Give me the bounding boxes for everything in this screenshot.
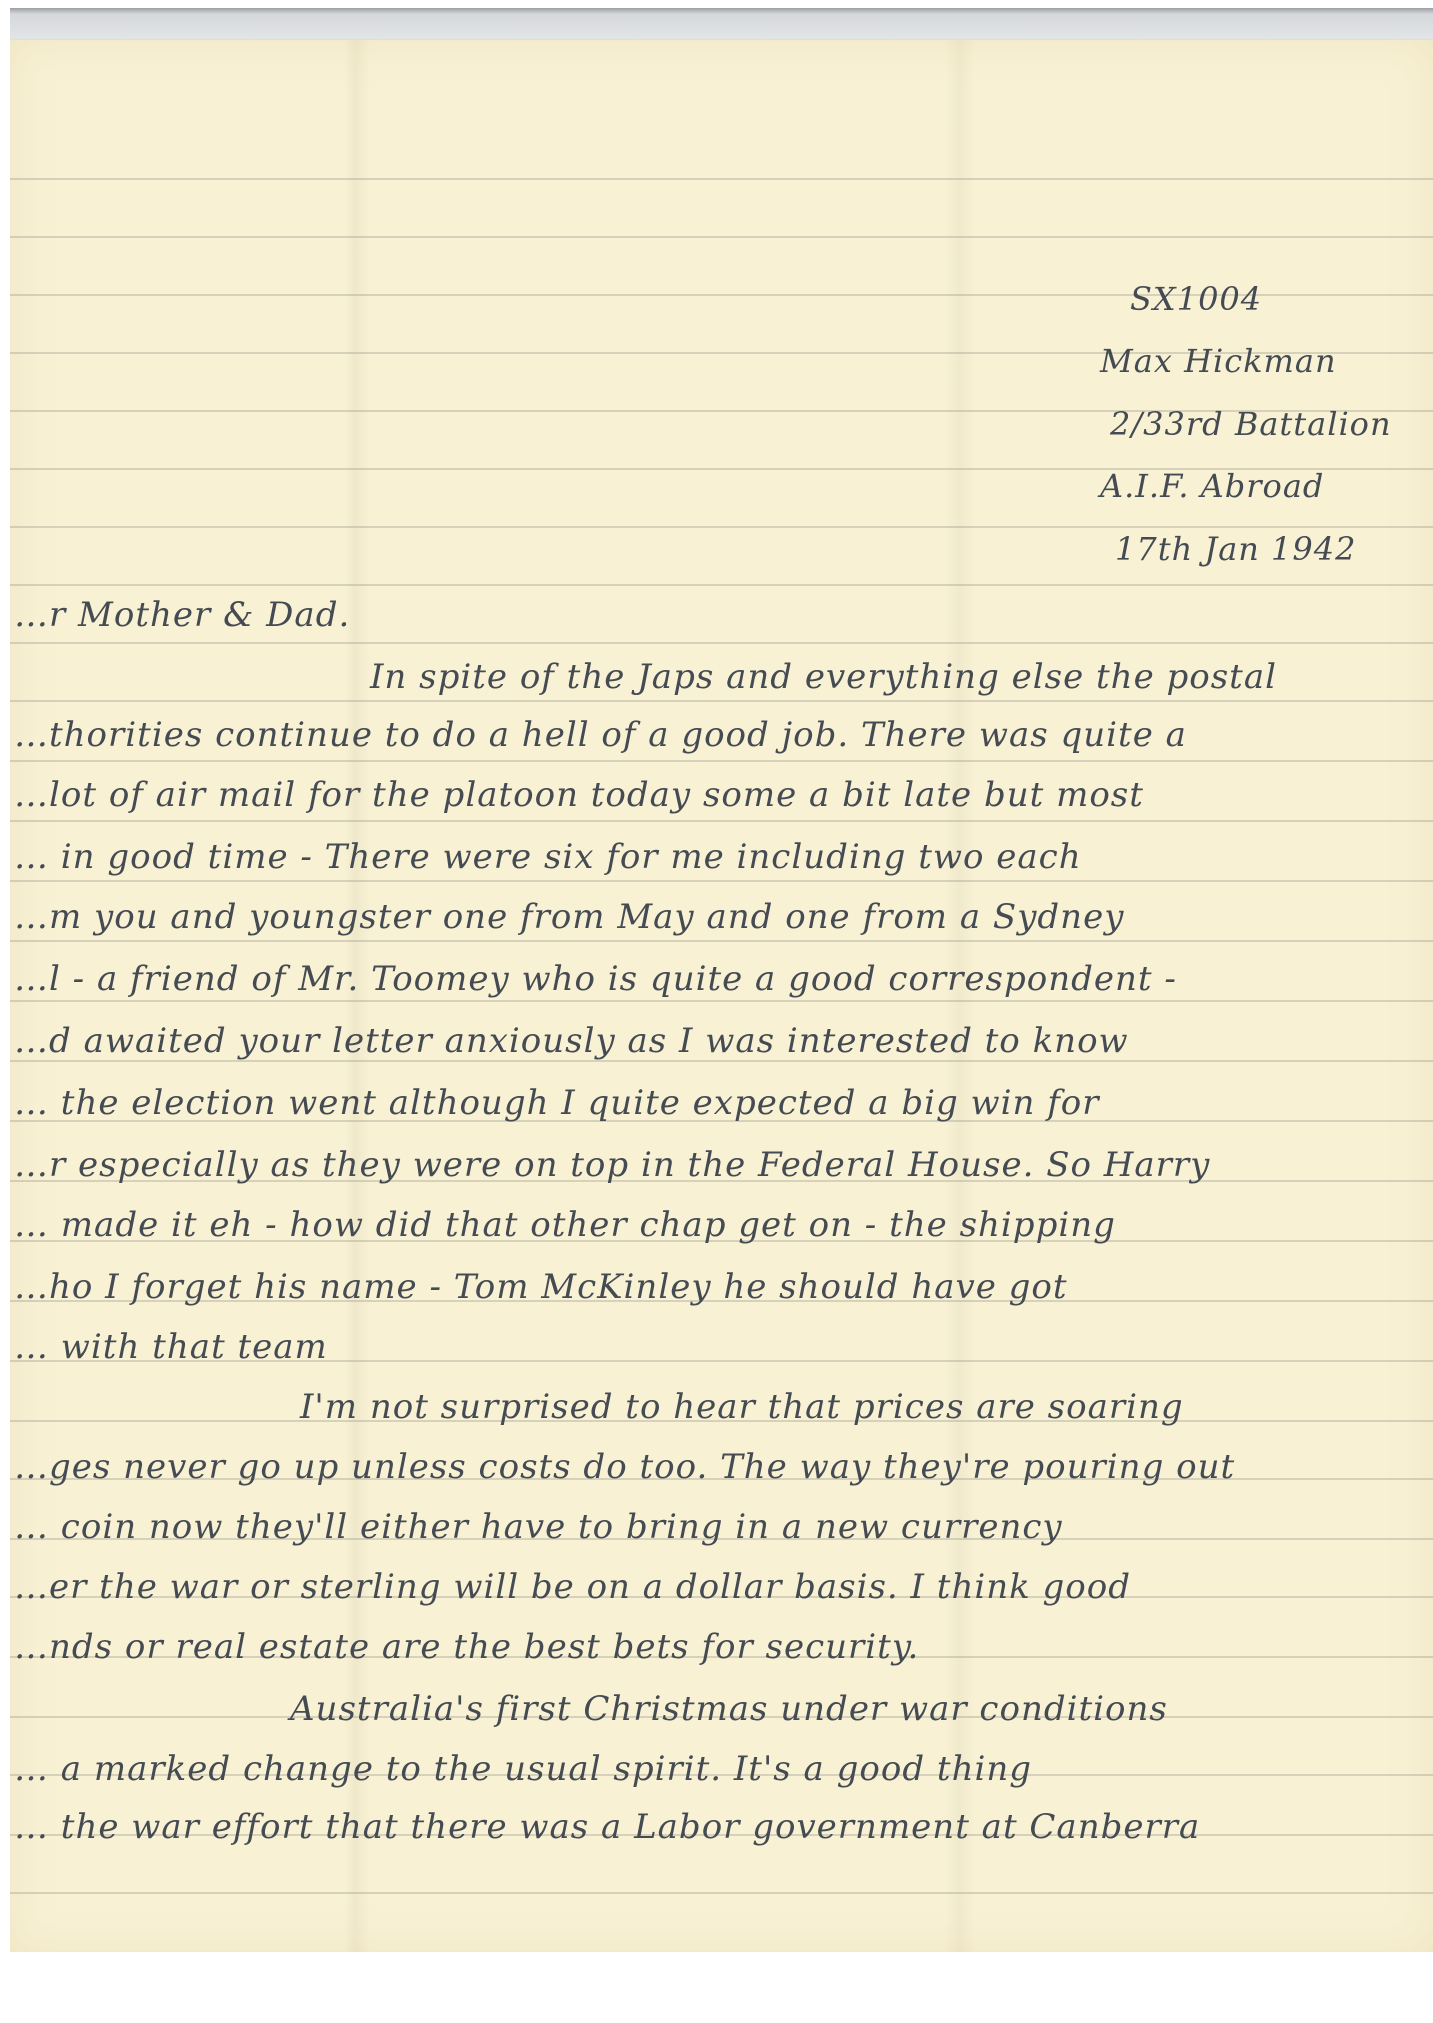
letter-line: Australia's first Christmas under war co… (290, 1692, 1168, 1726)
scanner-edge-strip (10, 8, 1433, 44)
ruled-line (10, 760, 1433, 762)
letter-line: …m you and youngster one from May and on… (14, 900, 1124, 934)
ruled-line (10, 940, 1433, 942)
ruled-line (10, 642, 1433, 644)
letter-line: …d awaited your letter anxiously as I wa… (14, 1024, 1129, 1058)
letter-line: … the election went although I quite exp… (14, 1086, 1100, 1120)
salutation: …r Mother & Dad. (14, 598, 350, 632)
letter-line: … the war effort that there was a Labor … (14, 1810, 1200, 1844)
ruled-line (10, 1000, 1433, 1002)
ruled-line (10, 526, 1433, 528)
ruled-line (10, 178, 1433, 180)
ruled-line (10, 584, 1433, 586)
letter-line: …ho I forget his name - Tom McKinley he … (14, 1270, 1068, 1304)
ruled-line (10, 236, 1433, 238)
letter-line: In spite of the Japs and everything else… (370, 660, 1277, 694)
letter-line: … in good time - There were six for me i… (14, 840, 1082, 874)
letter-line: …lot of air mail for the platoon today s… (14, 778, 1144, 812)
letter-line: … with that team (14, 1330, 328, 1364)
sender-name: Max Hickman (1100, 345, 1337, 377)
ruled-line (10, 700, 1433, 702)
letter-line: … made it eh - how did that other chap g… (14, 1208, 1116, 1242)
ruled-line (10, 1892, 1433, 1894)
letter-line: …r especially as they were on top in the… (14, 1148, 1210, 1182)
letter-date: 17th Jan 1942 (1115, 533, 1356, 565)
letter-line: …nds or real estate are the best bets fo… (14, 1630, 919, 1664)
unit: 2/33rd Battalion (1110, 408, 1392, 440)
letter-line: …ges never go up unless costs do too. Th… (14, 1450, 1235, 1484)
letter-line: … a marked change to the usual spirit. I… (14, 1752, 1032, 1786)
ruled-line (10, 820, 1433, 822)
ruled-line (10, 880, 1433, 882)
letter-line: …l - a friend of Mr. Toomey who is quite… (14, 962, 1177, 996)
service-number: SX1004 (1130, 283, 1262, 315)
letter-line: …thorities continue to do a hell of a go… (14, 718, 1187, 752)
location: A.I.F. Abroad (1100, 470, 1324, 502)
letter-line: …er the war or sterling will be on a dol… (14, 1570, 1131, 1604)
letter-line: I'm not surprised to hear that prices ar… (300, 1390, 1184, 1424)
letter-line: … coin now they'll either have to bring … (14, 1510, 1063, 1544)
